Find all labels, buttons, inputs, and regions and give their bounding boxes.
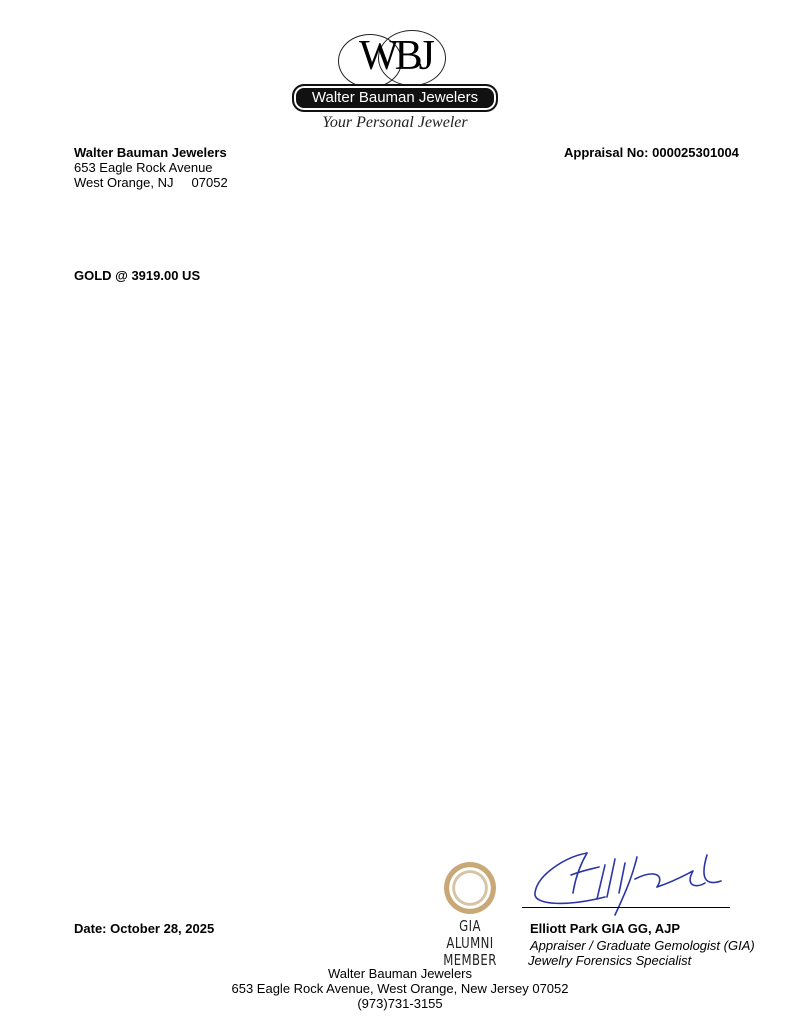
signature-icon	[525, 845, 735, 925]
appraisal-number: Appraisal No: 000025301004	[564, 145, 739, 161]
logo-tagline: Your Personal Jeweler	[290, 114, 500, 132]
sender-address-line1: 653 Eagle Rock Avenue	[74, 160, 213, 176]
logo-monogram: WBJ	[340, 28, 450, 84]
company-logo: WBJ Walter Bauman Jewelers Your Personal…	[290, 28, 500, 134]
signatory-title1: Appraiser / Graduate Gemologist (GIA)	[530, 938, 755, 954]
gia-alumni-badge: GIA ALUMNI MEMBER	[439, 918, 501, 969]
date: Date: October 28, 2025	[74, 921, 214, 937]
appraisal-value: 000025301004	[652, 145, 739, 160]
gia-badge-line1: GIA ALUMNI	[439, 918, 501, 952]
signature-line	[522, 907, 730, 908]
signatory-name: Elliott Park GIA GG, AJP	[530, 921, 680, 937]
gia-alumni-seal-icon	[444, 862, 496, 914]
appraisal-label: Appraisal No:	[564, 145, 649, 160]
footer-address: 653 Eagle Rock Avenue, West Orange, New …	[0, 981, 800, 996]
gold-price: GOLD @ 3919.00 US	[74, 268, 200, 284]
date-value: October 28, 2025	[110, 921, 214, 936]
sender-company: Walter Bauman Jewelers	[74, 145, 227, 161]
footer-phone: (973)731-3155	[0, 996, 800, 1011]
footer-company: Walter Bauman Jewelers	[0, 966, 800, 981]
logo-name-bar: Walter Bauman Jewelers	[292, 84, 498, 112]
date-label: Date:	[74, 921, 107, 936]
sender-address-line2: West Orange, NJ 07052	[74, 175, 228, 191]
